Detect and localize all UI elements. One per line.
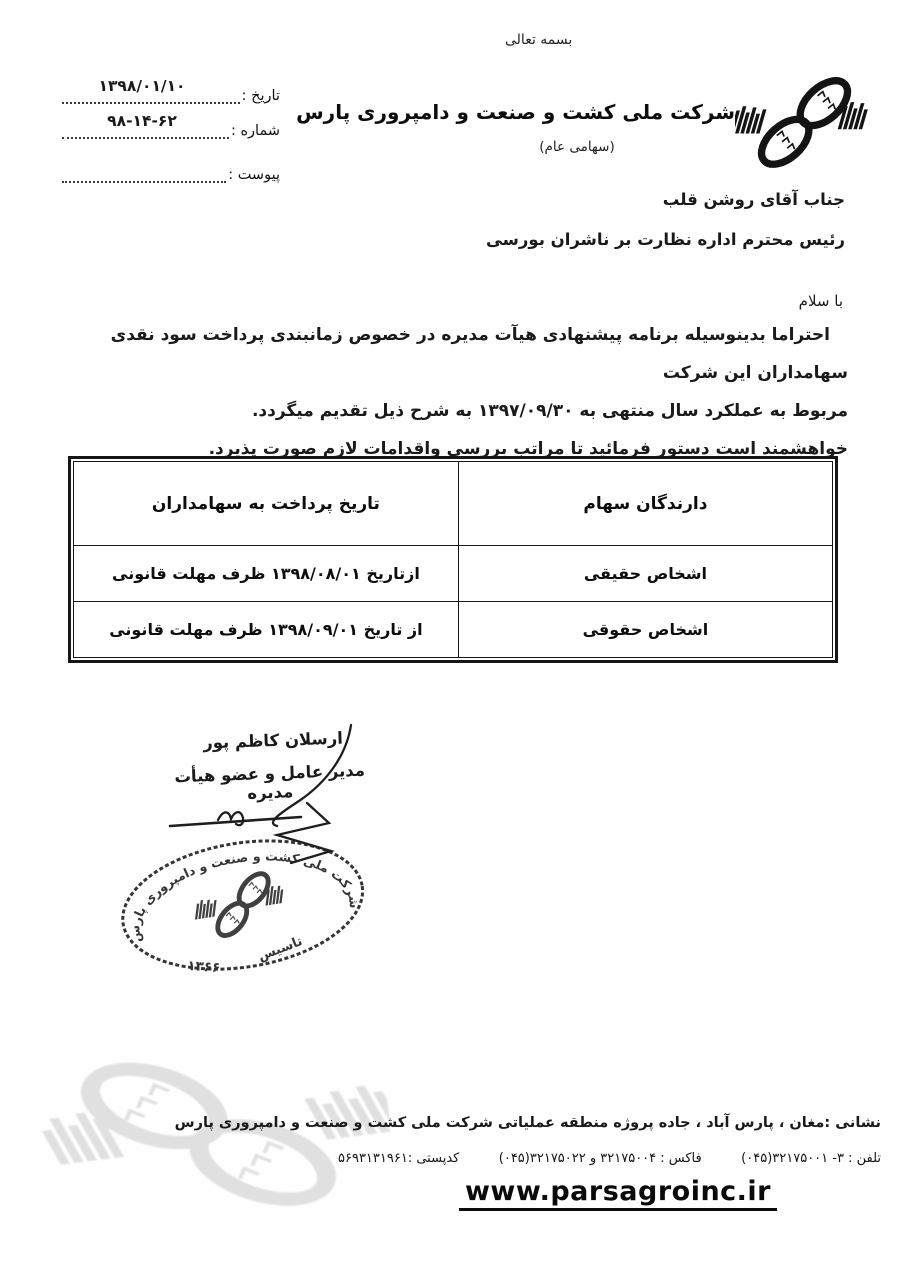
- date-dotted-line: [62, 100, 240, 104]
- meta-number-row: شماره : ۹۸-۱۴-۶۲: [62, 109, 280, 139]
- footer-phone: تلفن : ۳- ۳۲۱۷۵۰۰۱(۰۴۵): [741, 1151, 881, 1166]
- number-dotted-line: [62, 135, 229, 139]
- watermark-logo-icon: [19, 1009, 402, 1261]
- date-value: ۱۳۹۸/۰۱/۱۰: [62, 77, 222, 95]
- letter-page: بسمه تعالی تاریخ : ۱۳۹۸/۰۱/۱۰ شماره : ۹۸…: [0, 0, 903, 1280]
- stamp-center-logo-icon: [189, 865, 292, 946]
- footer-contacts: تلفن : ۳- ۳۲۱۷۵۰۰۱(۰۴۵) فاکس : ۳۲۱۷۵۰۰۴ …: [338, 1151, 881, 1166]
- website-url: www.parsagroinc.ir: [459, 1176, 777, 1211]
- table-row: اشخاص حقیقی ازتاریخ ۱۳۹۸/۰۸/۰۱ ظرف مهلت …: [74, 546, 833, 602]
- recipient-name: جناب آقای روشن قلب: [663, 190, 845, 209]
- footer-postal-code: کدپستی :۵۶۹۳۱۳۱۹۶۱: [338, 1151, 459, 1166]
- recipient-title: رئیس محترم اداره نظارت بر ناشران بورسی: [486, 230, 845, 249]
- table-header-row: دارندگان سهام تاریخ پرداخت به سهامداران: [74, 462, 833, 546]
- number-label: شماره :: [229, 123, 280, 139]
- dividends-table: دارندگان سهام تاریخ پرداخت به سهامداران …: [68, 456, 838, 663]
- stamp-established-year: ۱۳۶۶: [187, 958, 221, 976]
- payment-cell: از تاریخ ۱۳۹۸/۰۹/۰۱ ظرف مهلت قانونی: [74, 602, 459, 658]
- number-value: ۹۸-۱۴-۶۲: [62, 112, 222, 130]
- header-shareholders: دارندگان سهام: [458, 462, 832, 546]
- letter-body: احتراما بدینوسیله برنامه پیشنهادی هیآت م…: [52, 316, 848, 468]
- body-line-1: احتراما بدینوسیله برنامه پیشنهادی هیآت م…: [52, 316, 848, 392]
- holder-cell: اشخاص حقوقی: [458, 602, 832, 658]
- company-type: (سهامی عام): [529, 139, 625, 155]
- footer-address: نشانی :مغان ، پارس آباد ، جاده پروژه منط…: [330, 1115, 881, 1131]
- payment-cell: ازتاریخ ۱۳۹۸/۰۸/۰۱ ظرف مهلت قانونی: [74, 546, 459, 602]
- salutation: با سلام: [799, 292, 843, 310]
- date-label: تاریخ :: [240, 88, 280, 104]
- pars-logo-icon: [735, 64, 873, 182]
- meta-attachment-row: پیوست :: [62, 153, 280, 183]
- company-name: شرکت ملی کشت و صنعت و دامپروری پارس: [296, 100, 735, 124]
- attachment-label: پیوست :: [226, 167, 280, 183]
- table-row: اشخاص حقوقی از تاریخ ۱۳۹۸/۰۹/۰۱ ظرف مهلت…: [74, 602, 833, 658]
- holder-cell: اشخاص حقیقی: [458, 546, 832, 602]
- meta-block: تاریخ : ۱۳۹۸/۰۱/۱۰ شماره : ۹۸-۱۴-۶۲ پیوس…: [62, 74, 280, 188]
- header-payment-date: تاریخ پرداخت به سهامداران: [74, 462, 459, 546]
- company-stamp: شرکت ملی کشت و صنعت و دامپروری پارس تاسی…: [102, 812, 384, 1001]
- body-line-2: مربوط به عملکرد سال منتهی به ۱۳۹۷/۰۹/۳۰ …: [52, 392, 848, 430]
- footer-fax: فاکس : ۳۲۱۷۵۰۰۴ و ۳۲۱۷۵۰۲۲(۰۴۵): [499, 1151, 702, 1166]
- meta-date-row: تاریخ : ۱۳۹۸/۰۱/۱۰: [62, 74, 280, 104]
- footer-website: www.parsagroinc.ir: [448, 1176, 788, 1211]
- attachment-dotted-line: [62, 179, 226, 183]
- bismillah-text: بسمه تعالی: [505, 32, 572, 48]
